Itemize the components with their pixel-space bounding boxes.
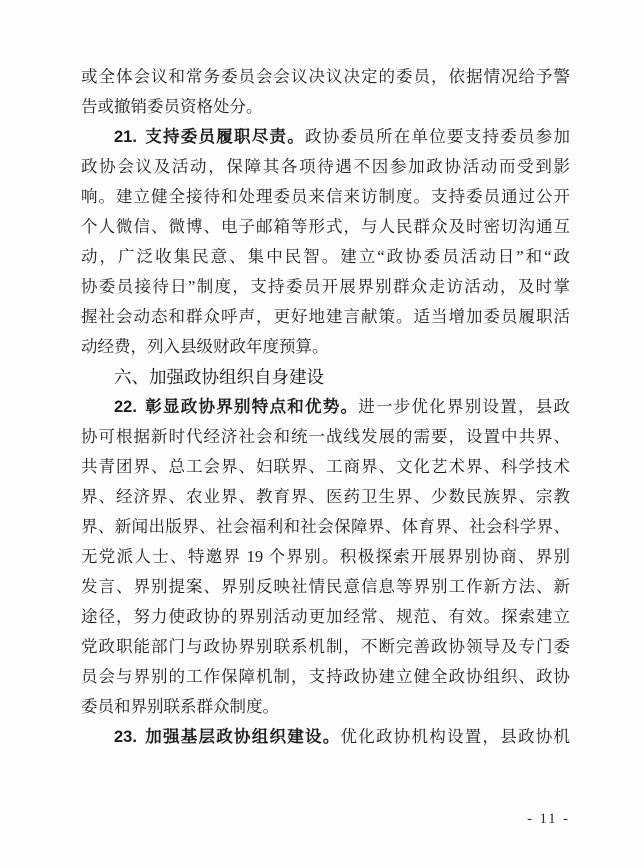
text-segment: 委员和界别联系群众制度。 (81, 697, 279, 716)
text-segment: 响。建立健全接待和处理委员来信来访制度。支持委员通过公开 (81, 187, 570, 206)
text-segment: 途径，努力使政协的界别活动更加经常、规范、有效。探索建立 (81, 607, 570, 626)
text-line: 政协会议及活动，保障其各项待遇不因参加政协活动而受到影 (81, 152, 570, 182)
text-segment: 进一步优化界别设置，县政 (358, 397, 570, 416)
text-line: 界、经济界、农业界、教育界、医药卫生界、少数民族界、宗教 (81, 482, 570, 512)
text-segment: 23. (114, 728, 137, 746)
text-segment: 政协委员所在单位要支持委员参加 (305, 127, 570, 146)
text-line: 协可根据新时代经济社会和统一战线发展的需要，设置中共界、 (81, 422, 570, 452)
text-line: 23.加强基层政协组织建设。优化政协机构设置，县政协机 (81, 722, 570, 752)
text-line: 协委员接待日”制度，支持委员开展界别群众走访活动，及时掌 (81, 272, 570, 302)
document-page: 或全体会议和常务委员会会议决议决定的委员，依据情况给予警告或撤销委员资格处分。2… (0, 0, 644, 868)
text-line: 界、新闻出版界、社会福利和社会保障界、体育界、社会科学界、 (81, 512, 570, 542)
text-line: 员会与界别的工作保障机制，支持政协建立健全政协组织、政协 (81, 662, 570, 692)
text-segment: 党政职能部门与政协界别联系机制，不断完善政协领导及专门委 (81, 637, 570, 656)
text-segment: 发言、界别提案、界别反映社情民意信息等界别工作新方法、新 (81, 577, 570, 596)
text-segment: 或全体会议和常务委员会会议决议决定的委员，依据情况给予警 (81, 67, 570, 86)
text-segment: 共青团界、总工会界、妇联界、工商界、文化艺术界、科学技术 (81, 457, 570, 476)
text-segment: 动，广泛收集民意、集中民智。建立“政协委员活动日”和“政 (81, 247, 570, 266)
text-segment: 界、经济界、农业界、教育界、医药卫生界、少数民族界、宗教 (81, 487, 570, 506)
text-line: 委员和界别联系群众制度。 (81, 692, 570, 722)
text-line: 握社会动态和群众呼声，更好地建言献策。适当增加委员履职活 (81, 302, 570, 332)
text-segment: 动经费，列入县级财政年度预算。 (81, 337, 329, 356)
text-line: 党政职能部门与政协界别联系机制，不断完善政协领导及专门委 (81, 632, 570, 662)
page-number: - 11 - (81, 808, 570, 830)
text-segment: 告或撤销委员资格处分。 (81, 97, 263, 116)
text-line: 无党派人士、特邀界 19 个界别。积极探索开展界别协商、界别 (81, 542, 570, 572)
text-segment: 22. (114, 398, 137, 416)
text-segment: 无党派人士、特邀界 19 个界别。积极探索开展界别协商、界别 (81, 547, 570, 566)
text-segment: 加强基层政协组织建设。 (144, 727, 341, 746)
text-segment: 彰显政协界别特点和优势。 (144, 397, 358, 416)
text-line: 告或撤销委员资格处分。 (81, 92, 570, 122)
text-segment: 界、新闻出版界、社会福利和社会保障界、体育界、社会科学界、 (81, 517, 570, 536)
text-segment: 员会与界别的工作保障机制，支持政协建立健全政协组织、政协 (81, 667, 570, 686)
text-line: 22.彰显政协界别特点和优势。进一步优化界别设置，县政 (81, 392, 570, 422)
text-line: 动经费，列入县级财政年度预算。 (81, 332, 570, 362)
text-line: 响。建立健全接待和处理委员来信来访制度。支持委员通过公开 (81, 182, 570, 212)
text-line: 个人微信、微博、电子邮箱等形式，与人民群众及时密切沟通互 (81, 212, 570, 242)
text-segment: 握社会动态和群众呼声，更好地建言献策。适当增加委员履职活 (81, 307, 570, 326)
text-line: 共青团界、总工会界、妇联界、工商界、文化艺术界、科学技术 (81, 452, 570, 482)
text-line: 发言、界别提案、界别反映社情民意信息等界别工作新方法、新 (81, 572, 570, 602)
text-segment: 个人微信、微博、电子邮箱等形式，与人民群众及时密切沟通互 (81, 217, 570, 236)
text-segment: 六、加强政协组织自身建设 (114, 367, 324, 387)
text-line: 21.支持委员履职尽责。政协委员所在单位要支持委员参加 (81, 122, 570, 152)
text-segment: 协可根据新时代经济社会和统一战线发展的需要，设置中共界、 (81, 427, 570, 446)
section-heading: 六、加强政协组织自身建设 (81, 362, 570, 392)
text-segment: 21. (114, 128, 137, 146)
text-segment: 支持委员履职尽责。 (144, 127, 305, 146)
document-body: 或全体会议和常务委员会会议决议决定的委员，依据情况给予警告或撤销委员资格处分。2… (81, 62, 570, 752)
text-segment: 优化政协机构设置，县政协机 (340, 727, 570, 746)
text-line: 或全体会议和常务委员会会议决议决定的委员，依据情况给予警 (81, 62, 570, 92)
text-line: 动，广泛收集民意、集中民智。建立“政协委员活动日”和“政 (81, 242, 570, 272)
text-line: 途径，努力使政协的界别活动更加经常、规范、有效。探索建立 (81, 602, 570, 632)
text-segment: 协委员接待日”制度，支持委员开展界别群众走访活动，及时掌 (81, 277, 570, 296)
text-segment: 政协会议及活动，保障其各项待遇不因参加政协活动而受到影 (81, 157, 570, 176)
